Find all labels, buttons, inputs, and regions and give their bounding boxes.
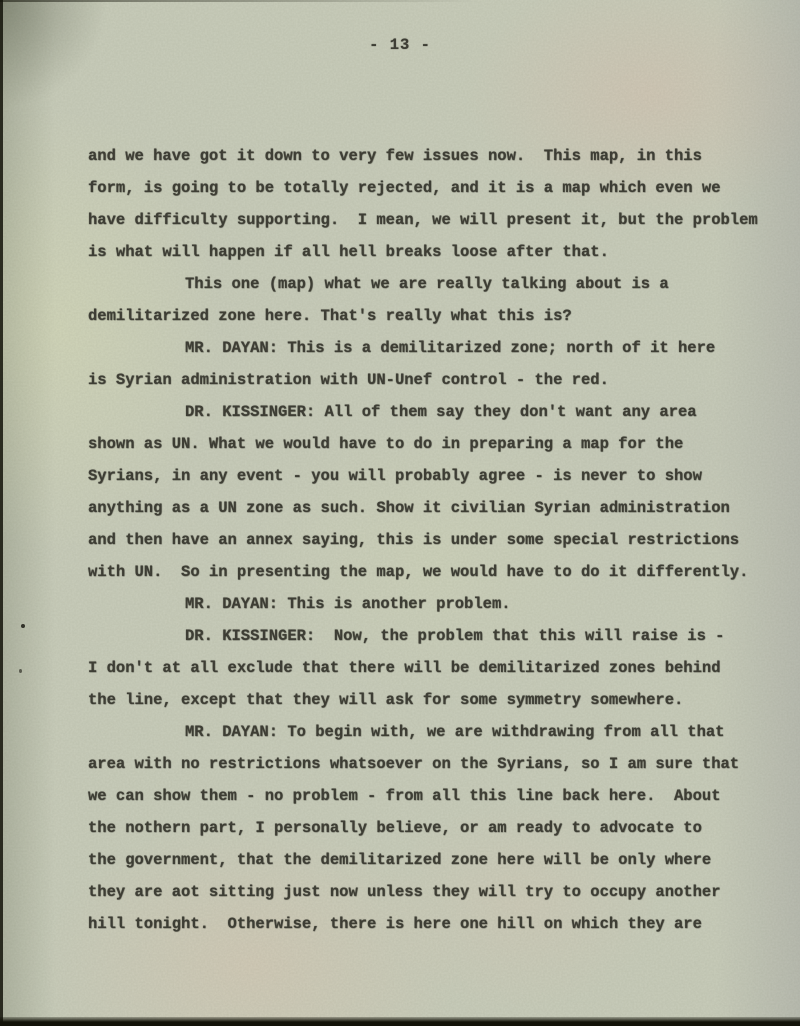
text-line: is what will happen if all hell breaks l… [88,236,760,268]
text-line: and then have an annex saying, this is u… [88,524,760,556]
text-line: DR. KISSINGER: All of them say they don'… [88,396,760,428]
text-line: anything as a UN zone as such. Show it c… [88,492,760,524]
text-line: form, is going to be totally rejected, a… [88,172,760,204]
text-line: MR. DAYAN: This is another problem. [88,588,760,620]
text-line: hill tonight. Otherwise, there is here o… [88,908,760,940]
text-line: they are aot sitting just now unless the… [88,876,760,908]
text-line: the government, that the demilitarized z… [88,844,760,876]
text-line: DR. KISSINGER: Now, the problem that thi… [88,620,760,652]
text-line: the line, except that they will ask for … [88,684,760,716]
text-line: is Syrian administration with UN-Unef co… [88,364,760,396]
text-line: have difficulty supporting. I mean, we w… [88,204,760,236]
text-line: I don't at all exclude that there will b… [88,652,760,684]
text-line: demilitarized zone here. That's really w… [88,300,760,332]
ink-speck [21,624,25,628]
text-lines: and we have got it down to very few issu… [88,140,760,940]
scanned-page: - 13 - and we have got it down to very f… [0,0,800,1026]
text-line: shown as UN. What we would have to do in… [88,428,760,460]
text-line: MR. DAYAN: To begin with, we are withdra… [88,716,760,748]
text-line: area with no restrictions whatsoever on … [88,748,760,780]
text-line: Syrians, in any event - you will probabl… [88,460,760,492]
ink-speck [19,669,22,673]
text-line: the nothern part, I personally believe, … [88,812,760,844]
scan-edge-left [0,0,3,1026]
page-number: - 13 - [0,36,800,54]
text-line: we can show them - no problem - from all… [88,780,760,812]
scan-edge-bottom [0,1017,800,1026]
text-line: MR. DAYAN: This is a demilitarized zone;… [88,332,760,364]
text-line: and we have got it down to very few issu… [88,140,760,172]
text-line: with UN. So in presenting the map, we wo… [88,556,760,588]
text-line: This one (map) what we are really talkin… [88,268,760,300]
scan-edge-top [0,0,480,2]
